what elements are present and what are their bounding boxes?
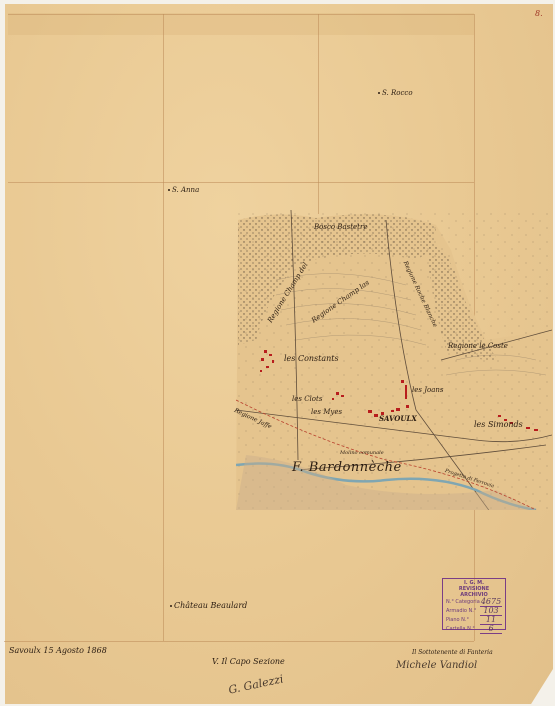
map-label-les-clots: les Clots bbox=[292, 395, 322, 403]
archive-stamp: I. G. M. REVISIONE ARCHIVIO N.° Categori… bbox=[442, 578, 506, 630]
top-margin-band bbox=[8, 13, 474, 35]
label-s-rocco: S. Rocco bbox=[378, 89, 413, 97]
map-label-bosco-bastetre: Bosco Bastetre bbox=[314, 223, 367, 231]
label-chateau-beaulard: Château Beaulard bbox=[170, 601, 247, 610]
grid-line-h-mid bbox=[8, 182, 474, 183]
date-line: Savoulx 15 Agosto 1868 bbox=[9, 646, 107, 655]
map-label-fiume-bardonneche: F. Bardonnèche bbox=[292, 460, 402, 475]
map-label-les-constants: les Constants bbox=[284, 354, 339, 363]
map-label-les-simonds: les Simonds bbox=[474, 420, 523, 429]
grid-line-h-top bbox=[8, 14, 474, 15]
sottotenente-signature: Michele Vandiol bbox=[396, 660, 477, 671]
map-label-les-joans: les Joans bbox=[412, 386, 444, 394]
stamp-row: Piano N.°11 bbox=[446, 616, 502, 625]
topographic-map-area: Bosco Bastetre Regione Champ del Regione… bbox=[236, 210, 552, 510]
map-label-savoulx: SAVOULX bbox=[379, 414, 417, 423]
map-label-molino-comunale: Molino comunale bbox=[340, 450, 384, 456]
sottotenente-title: Il Sottotenente di Fanteria bbox=[412, 649, 493, 656]
grid-line-v-2 bbox=[318, 14, 319, 214]
stamp-row: Cartella N.°6 bbox=[446, 625, 502, 634]
grid-line-h-bottom bbox=[4, 641, 474, 642]
map-label-les-myes: les Myes bbox=[311, 408, 342, 416]
label-s-anna: S. Anna bbox=[168, 186, 199, 194]
map-label-regione-le-coste: Regione le Coste bbox=[448, 342, 508, 350]
page-number: 8. bbox=[535, 9, 543, 18]
capo-sezione-title: V. Il Capo Sezione bbox=[212, 657, 285, 666]
grid-line-v-1 bbox=[163, 14, 164, 641]
